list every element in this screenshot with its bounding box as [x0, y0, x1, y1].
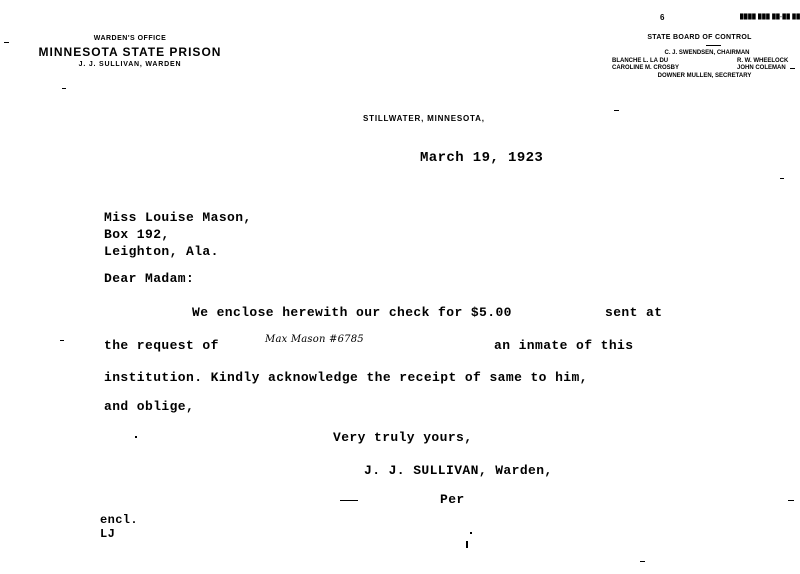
- scan-mark: [470, 532, 472, 534]
- per-line: Per: [440, 492, 465, 507]
- board-chairman: C. J. SWENDSEN, CHAIRMAN: [612, 50, 800, 58]
- institution-name: MINNESOTA STATE PRISON: [30, 44, 230, 60]
- body-line-1: We enclose herewith our check for $5.00: [192, 305, 512, 320]
- office-label: WARDEN'S OFFICE: [30, 34, 230, 44]
- letterhead-left: WARDEN'S OFFICE MINNESOTA STATE PRISON J…: [30, 34, 230, 70]
- body-line-3: institution. Kindly acknowledge the rece…: [104, 370, 588, 385]
- scan-mark: [60, 340, 64, 341]
- place-line: STILLWATER, MINNESOTA,: [363, 114, 485, 123]
- scan-mark: [788, 500, 794, 501]
- scan-mark: [780, 178, 784, 179]
- scan-mark: [640, 561, 645, 562]
- board-member: JOHN COLEMAN: [737, 65, 786, 73]
- enclosure-note: encl. LJ: [100, 513, 138, 541]
- recipient-address: Miss Louise Mason, Box 192, Leighton, Al…: [104, 209, 252, 260]
- scan-mark: [62, 88, 66, 89]
- enclosure-label: encl.: [100, 513, 138, 527]
- page-mark: 6: [660, 14, 664, 22]
- body-line-1-end: sent at: [605, 305, 662, 320]
- scan-mark: [135, 436, 137, 438]
- scan-mark: [790, 68, 795, 69]
- recipient-city: Leighton, Ala.: [104, 243, 252, 260]
- scan-mark: [466, 541, 468, 548]
- typist-initials: LJ: [100, 527, 138, 541]
- form-number: ████ ███ ██-██ ████: [740, 14, 800, 22]
- board-title: STATE BOARD OF CONTROL: [612, 34, 787, 42]
- board-member: CAROLINE M. CROSBY: [612, 65, 679, 73]
- warden-name: J. J. SULLIVAN, WARDEN: [30, 60, 230, 70]
- salutation: Dear Madam:: [104, 271, 194, 286]
- scan-mark: [614, 110, 619, 111]
- recipient-box: Box 192,: [104, 226, 252, 243]
- body-line-4: and oblige,: [104, 399, 194, 414]
- recipient-name: Miss Louise Mason,: [104, 209, 252, 226]
- closing: Very truly yours,: [333, 430, 472, 445]
- scan-mark: [4, 42, 9, 43]
- scan-mark: [340, 500, 358, 501]
- letter-date: March 19, 1923: [420, 150, 543, 166]
- inmate-name-handwritten: Max Mason #6785: [265, 334, 364, 345]
- board-secretary: DOWNER MULLEN, SECRETARY: [612, 73, 797, 81]
- body-line-2-end: an inmate of this: [494, 338, 633, 353]
- letter-page: WARDEN'S OFFICE MINNESOTA STATE PRISON J…: [0, 0, 800, 574]
- body-line-2-start: the request of: [104, 338, 219, 353]
- signature: J. J. SULLIVAN, Warden,: [364, 463, 553, 478]
- header-rule: [706, 45, 721, 46]
